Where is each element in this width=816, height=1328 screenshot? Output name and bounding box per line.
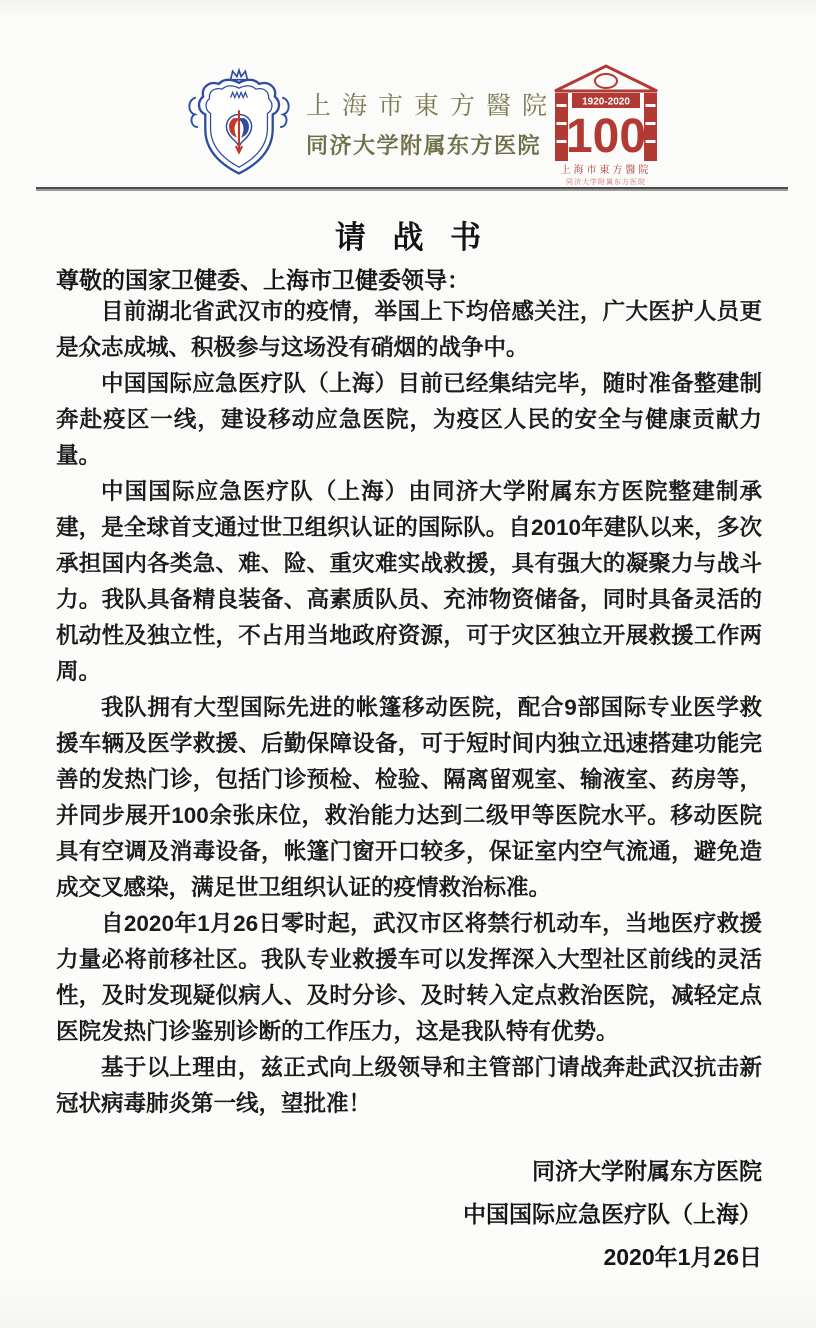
body-paragraph: 目前湖北省武汉市的疫情，举国上下均倍感关注，广大医护人员更是众志成城、积极参与这…: [56, 294, 762, 366]
signature-date: 2020年1月26日: [463, 1236, 762, 1279]
body-paragraph: 基于以上理由，兹正式向上级领导和主管部门请战奔赴武汉抗击新冠状病毒肺炎第一线，望…: [56, 1050, 762, 1122]
body-paragraph: 中国国际应急医疗队（上海）目前已经集结完毕，随时准备整建制奔赴疫区一线，建设移动…: [56, 366, 762, 474]
document-title: 请 战 书: [0, 212, 816, 257]
signature-org-1: 同济大学附属东方医院: [463, 1150, 762, 1193]
letterhead: 上海市東方醫院 同济大学附属东方医院 1920-2020 100 上海市東方醫院…: [0, 0, 816, 186]
header-divider: [36, 187, 788, 189]
body-paragraph: 中国国际应急医疗队（上海）由同济大学附属东方医院整建制承建，是全球首支通过世卫组…: [56, 474, 762, 690]
hospital-crest-icon: [181, 66, 297, 184]
anniversary-100-logo-icon: 1920-2020 100 上海市東方醫院 同济大学附属东方医院: [547, 60, 665, 188]
anniversary-caption-2: 同济大学附属东方医院: [566, 177, 646, 186]
signature-block: 同济大学附属东方医院 中国国际应急医疗队（上海） 2020年1月26日: [463, 1150, 762, 1279]
anniversary-caption-1: 上海市東方醫院: [561, 163, 652, 176]
letterhead-names: 上海市東方醫院 同济大学附属东方医院: [306, 86, 556, 160]
body-paragraph: 我队拥有大型国际先进的帐篷移动医院，配合9部国际专业医学救援车辆及医学救援、后勤…: [56, 690, 762, 906]
salutation: 尊敬的国家卫健委、上海市卫健委领导：: [56, 262, 470, 295]
anniversary-number: 100: [566, 110, 646, 163]
hospital-name-simplified: 同济大学附属东方医院: [306, 129, 556, 160]
hospital-name-traditional: 上海市東方醫院: [306, 86, 556, 122]
anniversary-years: 1920-2020: [582, 97, 630, 108]
document-page: 上海市東方醫院 同济大学附属东方医院 1920-2020 100 上海市東方醫院…: [0, 0, 816, 1328]
signature-org-2: 中国国际应急医疗队（上海）: [463, 1193, 762, 1236]
body-paragraph: 自2020年1月26日零时起，武汉市区将禁行机动车，当地医疗救援力量必将前移社区…: [56, 906, 762, 1050]
letter-body: 目前湖北省武汉市的疫情，举国上下均倍感关注，广大医护人员更是众志成城、积极参与这…: [56, 294, 762, 1122]
